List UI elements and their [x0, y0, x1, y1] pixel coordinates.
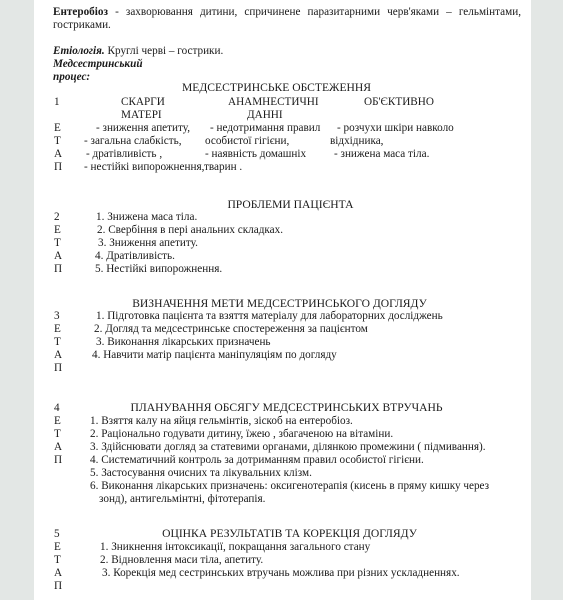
goal-item: 4. Навчити матір пацієнта маніпуляціям п… [92, 349, 337, 362]
stage-2-letter: 2 [54, 211, 60, 224]
stage-4-letter: Т [54, 428, 61, 441]
objective-item: - знижена маса тіла. [334, 148, 429, 161]
plan-item: 2. Раціонально годувати дитину, їжею , з… [90, 428, 393, 441]
goal-item: 2. Догляд та медсестринське спостереженн… [94, 323, 368, 336]
stage-3-title: ВИЗНАЧЕННЯ МЕТИ МЕДСЕСТРИНСЬКОГО ДОГЛЯДУ [31, 297, 528, 310]
etiology-text: Круглі черві – гострики. [105, 45, 224, 57]
anamnesis-item: - наявність домашніх [205, 148, 306, 161]
anamnesis-item: - недотримання правил [210, 122, 320, 135]
stage-3-letter: П [54, 362, 62, 375]
stage-1-letter: П [54, 161, 62, 174]
stage-4-title: ПЛАНУВАННЯ ОБСЯГУ МЕДСЕСТРИНСЬКИХ ВТРУЧА… [38, 401, 535, 414]
problem-item: 4. Дратівливість. [95, 250, 175, 263]
stage-4-letter: П [54, 454, 62, 467]
stage-1-letter: Е [54, 122, 61, 135]
term-enterobiosis: Ентеробіоз [53, 6, 108, 18]
objective-item: - розчухи шкіри навколо [337, 122, 454, 135]
column-header-complaints: СКАРГИ [121, 96, 165, 109]
stage-1-letter: А [54, 148, 62, 161]
stage-1-letter: 1 [54, 96, 60, 109]
goal-item: 1. Підготовка пацієнта та взяття матеріа… [96, 310, 443, 323]
stage-5-letter: Е [54, 541, 61, 554]
stage-5-letter: Т [54, 554, 61, 567]
document-page: Ентеробіоз - захворювання дитини, спричи… [34, 0, 531, 600]
stage-4-letter: Е [54, 415, 61, 428]
stage-5-title: ОЦІНКА РЕЗУЛЬТАТІВ ТА КОРЕКЦІЯ ДОГЛЯДУ [41, 527, 538, 540]
stage-3-letter: Е [54, 323, 61, 336]
stage-2-letter: Е [54, 224, 61, 237]
stage-3-letter: 3 [54, 310, 60, 323]
problem-item: 3. Зниження апетиту. [98, 237, 198, 250]
etiology-line: Етіологія. Круглі черві – гострики. [53, 45, 223, 58]
complaint-item: - загальна слабкість, [84, 135, 182, 148]
problem-item: 5. Нестійкі випорожнення. [95, 263, 222, 276]
objective-item: відхідника, [330, 135, 383, 148]
goal-item: 3. Виконання лікарських призначень [96, 336, 271, 349]
stage-2-letter: Т [54, 237, 61, 250]
problem-item: 1. Знижена маса тіла. [96, 211, 197, 224]
plan-item: 5. Застосування очисних та лікувальних к… [90, 467, 312, 480]
plan-item: 6. Виконання лікарських призначень: окси… [90, 480, 489, 493]
plan-item: 1. Взяття калу на яйця гельмінтів, зіско… [90, 415, 353, 428]
stage-5-letter: П [54, 580, 62, 593]
stage-3-letter: Т [54, 336, 61, 349]
column-header-objective: ОБ'ЄКТИВНО [364, 96, 434, 109]
anamnesis-item: особистої гігієни, [205, 135, 289, 148]
complaint-item: - дратівливість , [86, 148, 162, 161]
column-header-anamnesis-2: ДАННІ [247, 109, 283, 122]
complaint-item: - нестійкі випорожнення, [84, 161, 204, 174]
plan-item: 3. Здійснювати догляд за статевими орган… [90, 441, 486, 454]
plan-item-continuation: зонд), антигельмінтні, фітотерапія. [99, 493, 265, 506]
stage-2-letter: П [54, 263, 62, 276]
complaint-item: - зниження апетиту, [96, 122, 190, 135]
column-header-complaints-2: МАТЕРІ [121, 109, 162, 122]
column-header-anamnesis: АНАМНЕСТИЧНІ [228, 96, 319, 109]
stage-4-letter: А [54, 441, 62, 454]
stage-1-title: МЕДСЕСТРИНСЬКЕ ОБСТЕЖЕННЯ [28, 81, 525, 94]
etiology-label: Етіологія. [53, 45, 105, 57]
stage-3-letter: А [54, 349, 62, 362]
stage-5-letter: А [54, 567, 62, 580]
stage-2-letter: А [54, 250, 62, 263]
plan-item: 4. Систематичний контроль за дотриманням… [90, 454, 424, 467]
process-label-line1: Медсестринський [53, 58, 143, 71]
problem-item: 2. Свербіння в пері анальних складках. [97, 224, 283, 237]
anamnesis-item: тварин . [204, 161, 242, 174]
evaluation-item: 1. Зникнення інтоксикації, покращання за… [100, 541, 370, 554]
term-definition: - захворювання дитини, спричинене парази… [53, 6, 521, 31]
evaluation-item: 3. Корекція мед сестринських втручань мо… [102, 567, 460, 580]
stage-1-letter: Т [54, 135, 61, 148]
evaluation-item: 2. Відновлення маси тіла, апетиту. [100, 554, 263, 567]
intro-paragraph: Ентеробіоз - захворювання дитини, спричи… [53, 6, 521, 32]
stage-2-title: ПРОБЛЕМИ ПАЦІЄНТА [42, 198, 539, 211]
